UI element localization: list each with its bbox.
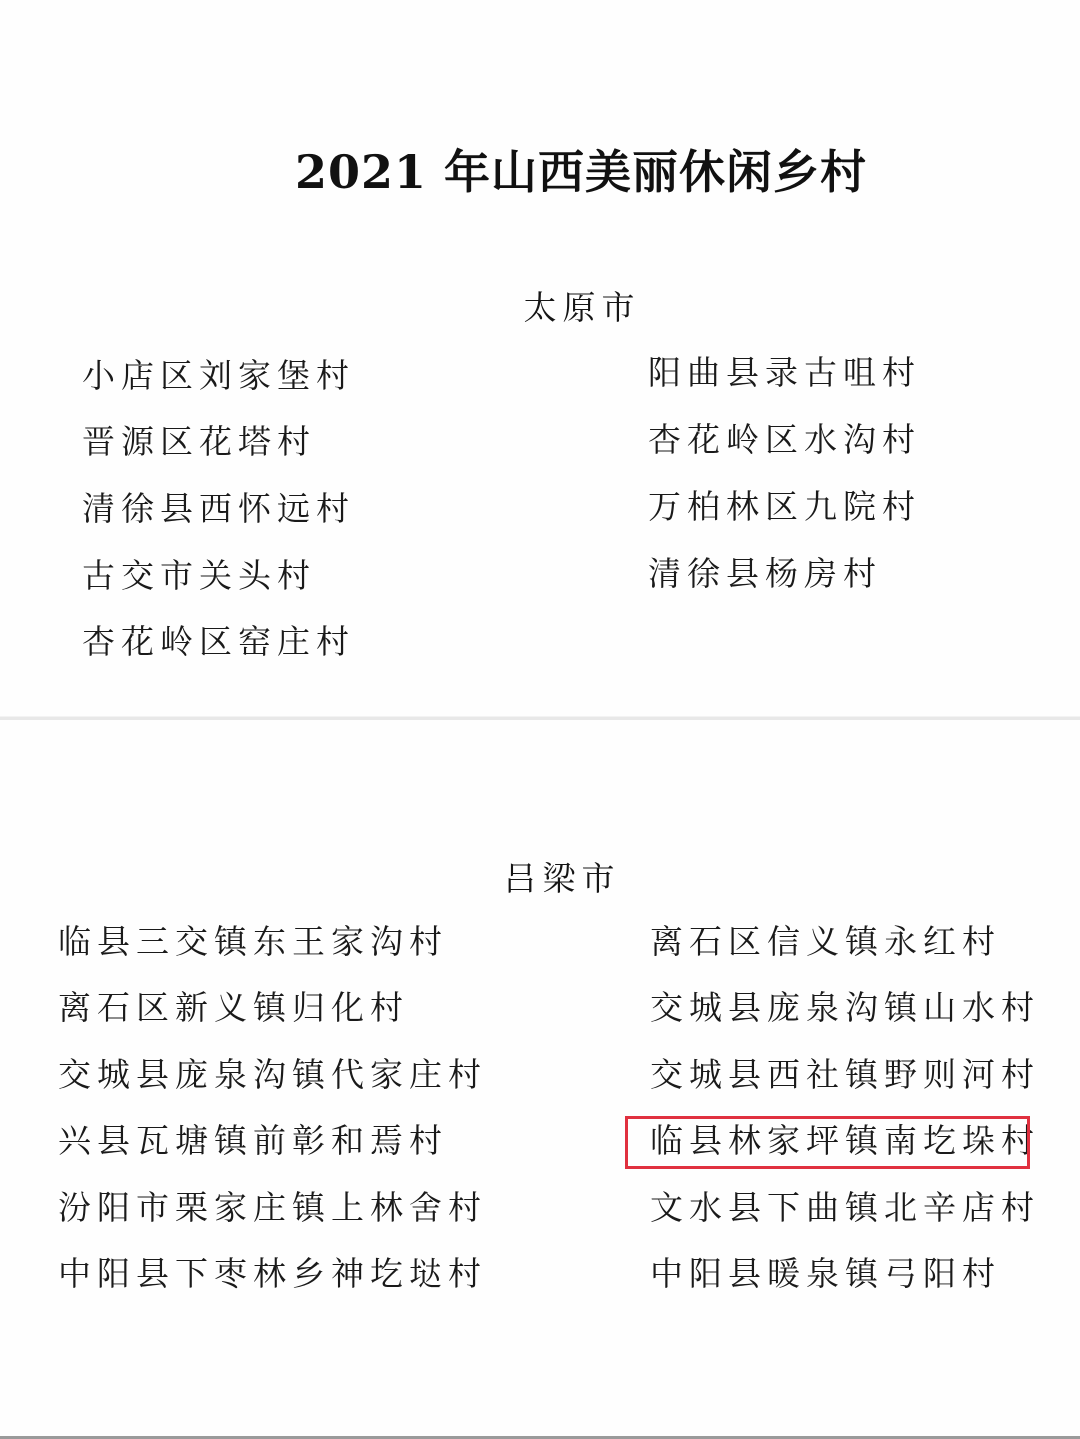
list-item: 杏花岭区水沟村 (648, 420, 921, 460)
list-item: 离石区新义镇归化村 (58, 988, 409, 1028)
list-item: 小店区刘家堡村 (82, 356, 355, 396)
list-item: 清徐县杨房村 (648, 554, 882, 594)
list-item: 中阳县下枣林乡神圪垯村 (58, 1254, 487, 1294)
document-title: 2021 年山西美丽休闲乡村 (0, 136, 1080, 202)
list-item: 兴县瓦塘镇前彰和焉村 (58, 1121, 448, 1161)
list-item: 文水县下曲镇北辛店村 (650, 1188, 1040, 1228)
list-item: 交城县庞泉沟镇代家庄村 (58, 1055, 487, 1095)
section-heading-lvliang: 吕梁市 (0, 853, 1080, 900)
list-item: 交城县西社镇野则河村 (650, 1055, 1040, 1095)
document-page-top: 2021 年山西美丽休闲乡村 太原市 小店区刘家堡村 晋源区花塔村 清徐县西怀远… (0, 0, 1080, 716)
list-item: 杏花岭区窑庄村 (82, 622, 355, 662)
list-item: 清徐县西怀远村 (82, 489, 355, 529)
section-heading-taiyuan: 太原市 (0, 282, 1080, 329)
list-item: 晋源区花塔村 (82, 422, 316, 462)
highlight-box (625, 1116, 1030, 1169)
list-item: 古交市关头村 (82, 556, 316, 596)
list-item: 临县三交镇东王家沟村 (58, 922, 448, 962)
list-item: 万柏林区九院村 (648, 487, 921, 527)
list-item: 汾阳市栗家庄镇上林舍村 (58, 1188, 487, 1228)
list-item: 中阳县暖泉镇弓阳村 (650, 1254, 1001, 1294)
list-item: 交城县庞泉沟镇山水村 (650, 988, 1040, 1028)
list-item: 阳曲县录古咀村 (648, 353, 921, 393)
list-item: 离石区信义镇永红村 (650, 922, 1001, 962)
